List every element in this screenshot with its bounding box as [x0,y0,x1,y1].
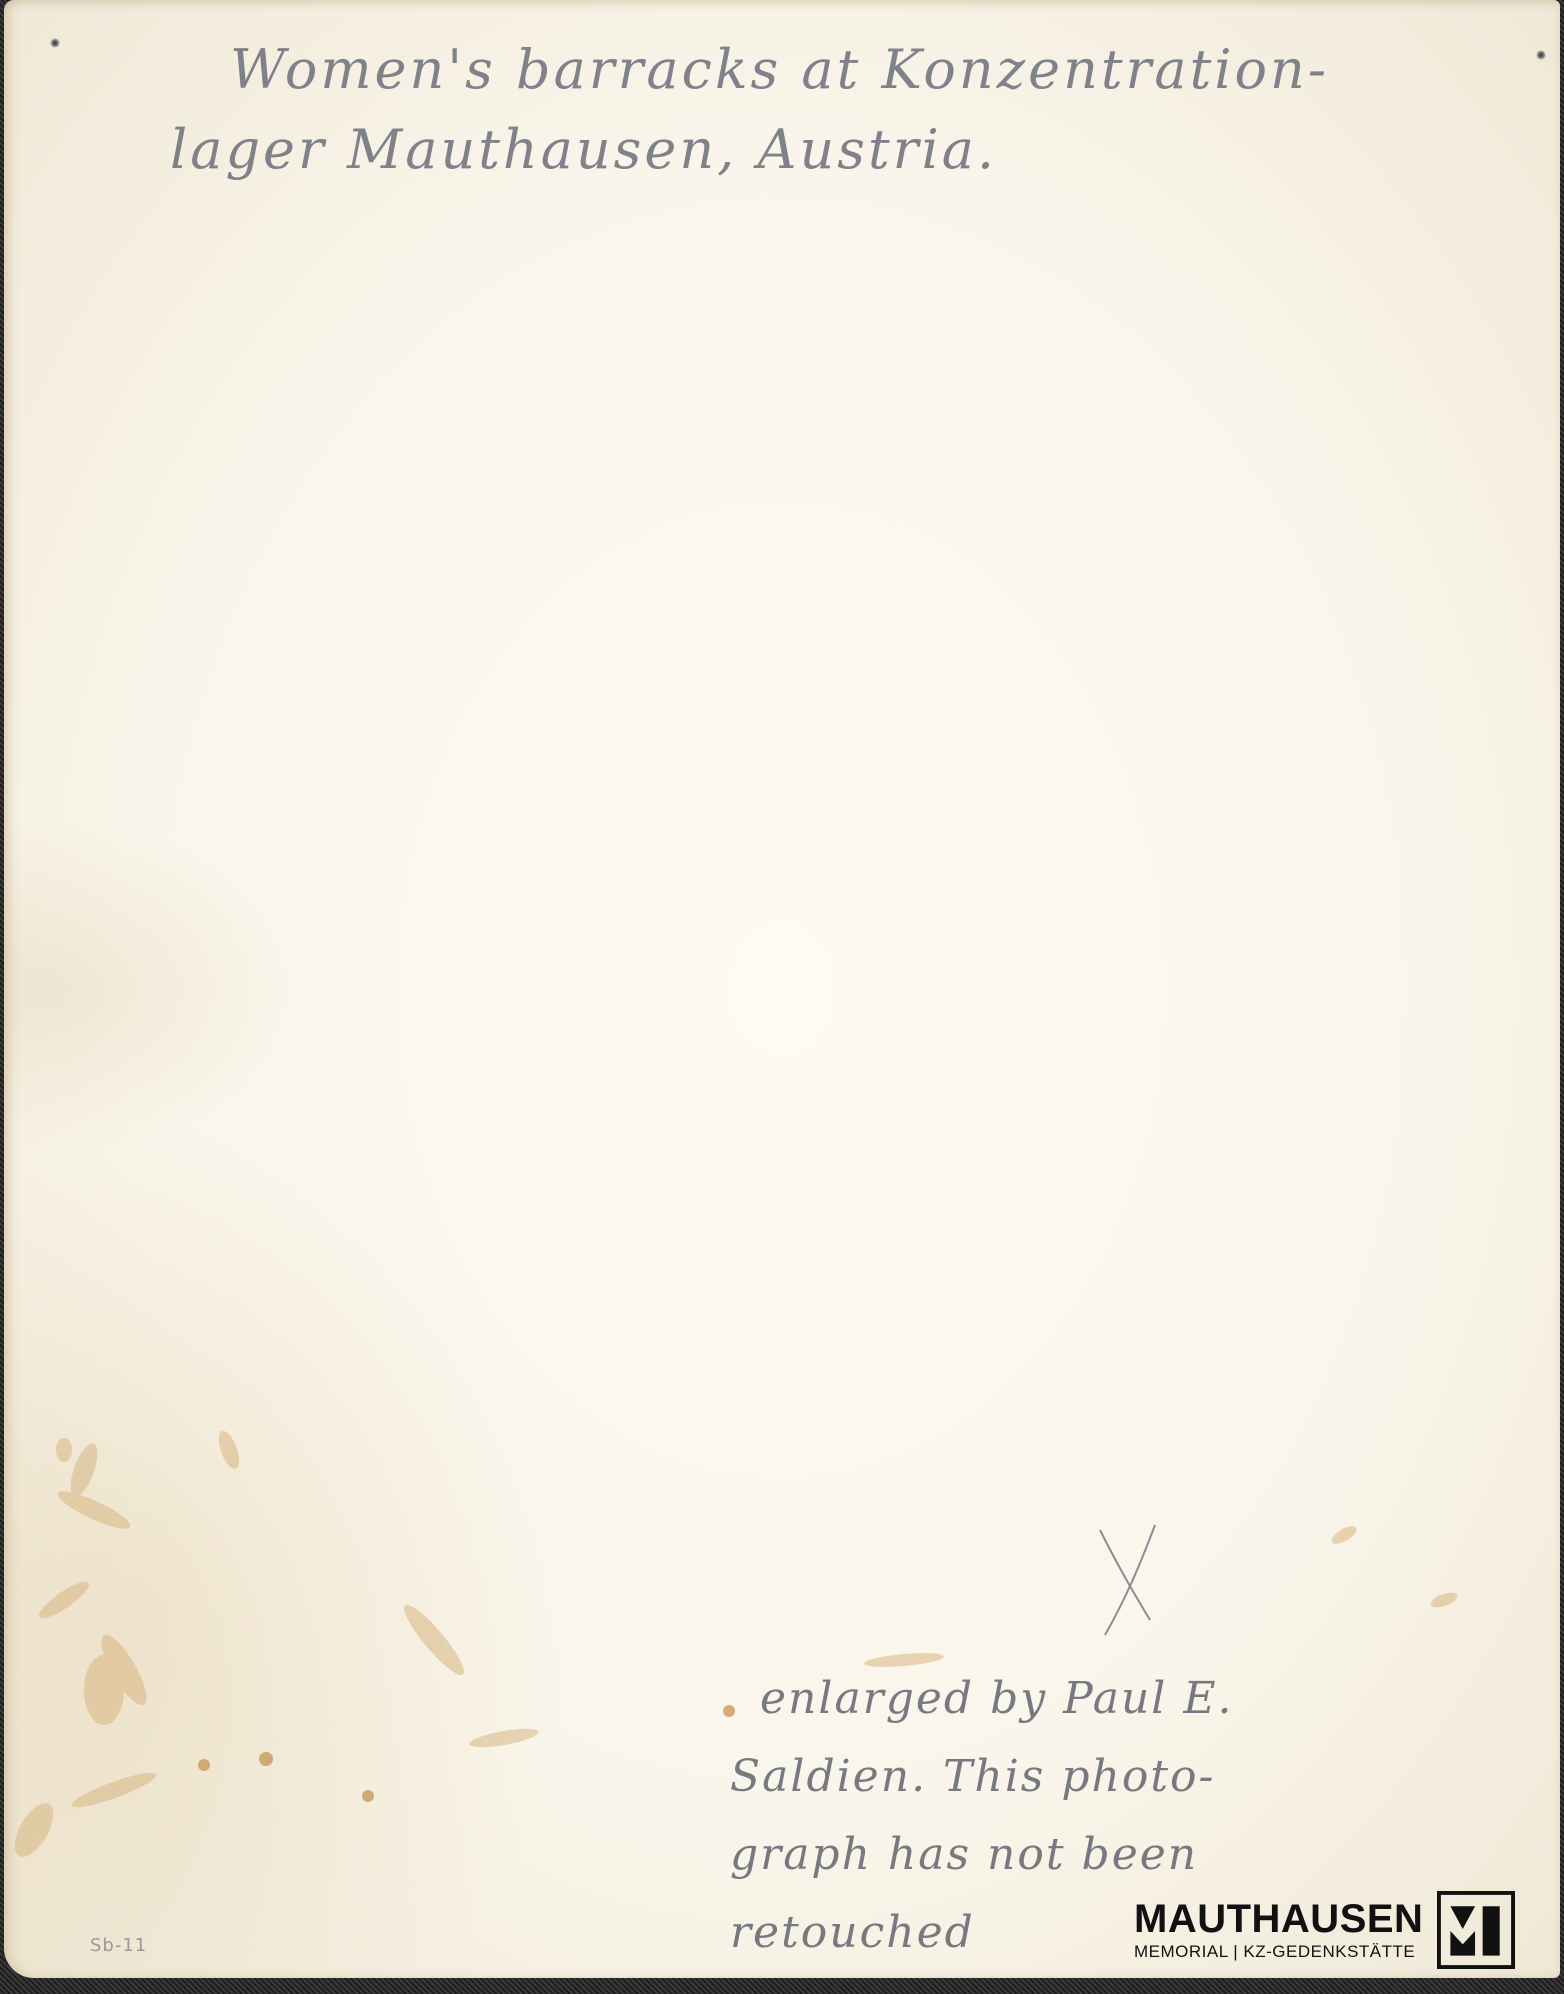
handwritten-caption-line-2: lager Mauthausen, Austria. [170,118,997,181]
note-line: Saldien. This photo- [730,1738,1490,1816]
pin-hole [50,38,60,48]
pencil-x-mark [1090,1520,1170,1640]
archive-number: Sb-11 [90,1935,147,1956]
logo-text: MAUTHAUSEN MEMORIAL | KZ-GEDENKSTÄTTE [1134,1898,1423,1962]
handwritten-caption-line-1: Women's barracks at Konzentration- [230,38,1329,101]
logo-title: MAUTHAUSEN [1134,1898,1423,1940]
logo-subtitle: MEMORIAL | KZ-GEDENKSTÄTTE [1134,1942,1415,1962]
note-line: graph has not been [730,1816,1490,1894]
mauthausen-memorial-logo: MAUTHAUSEN MEMORIAL | KZ-GEDENKSTÄTTE [1134,1891,1515,1969]
pin-hole [1536,50,1546,60]
note-line: enlarged by Paul E. [730,1660,1490,1738]
memorial-m-icon [1437,1891,1515,1969]
